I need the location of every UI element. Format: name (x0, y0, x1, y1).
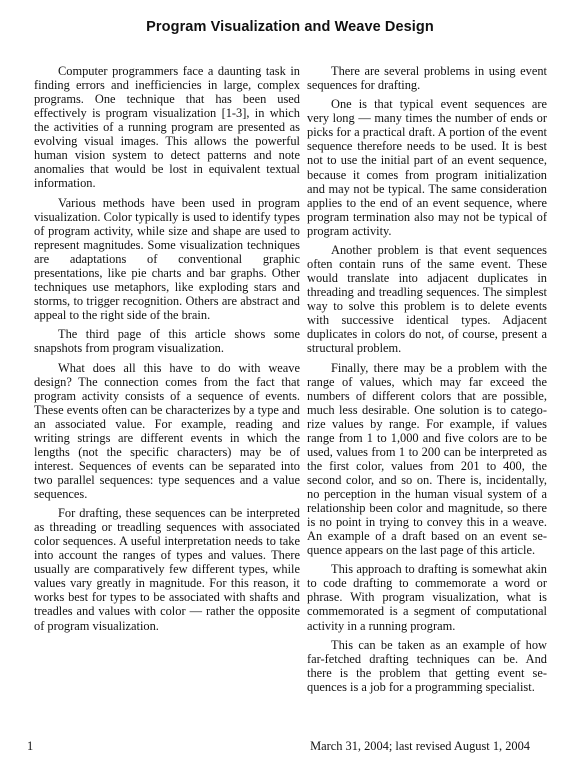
paragraph: Another problem is that event sequences … (307, 243, 547, 355)
footer-date: March 31, 2004; last revised August 1, 2… (310, 739, 530, 754)
page-number: 1 (27, 739, 33, 754)
paragraph: Various methods have been used in pro­gr… (34, 196, 300, 322)
left-column: Computer programmers face a daunting tas… (34, 64, 300, 638)
paragraph: Computer programmers face a daunting tas… (34, 64, 300, 190)
paragraph: One is that typical event sequences are … (307, 97, 547, 237)
page-title: Program Visualization and Weave Design (0, 19, 580, 35)
paragraph: There are several problems in using even… (307, 64, 547, 92)
paragraph: The third page of this article shows som… (34, 327, 300, 355)
paragraph: This approach to drafting is somewhat ak… (307, 562, 547, 632)
paragraph: What does all this have to do with weave… (34, 361, 300, 501)
right-column: There are several problems in using even… (307, 64, 547, 699)
paragraph: For drafting, these sequences can be int… (34, 506, 300, 632)
paragraph: This can be taken as an example of how f… (307, 638, 547, 694)
paragraph: Finally, there may be a problem with the… (307, 361, 547, 558)
